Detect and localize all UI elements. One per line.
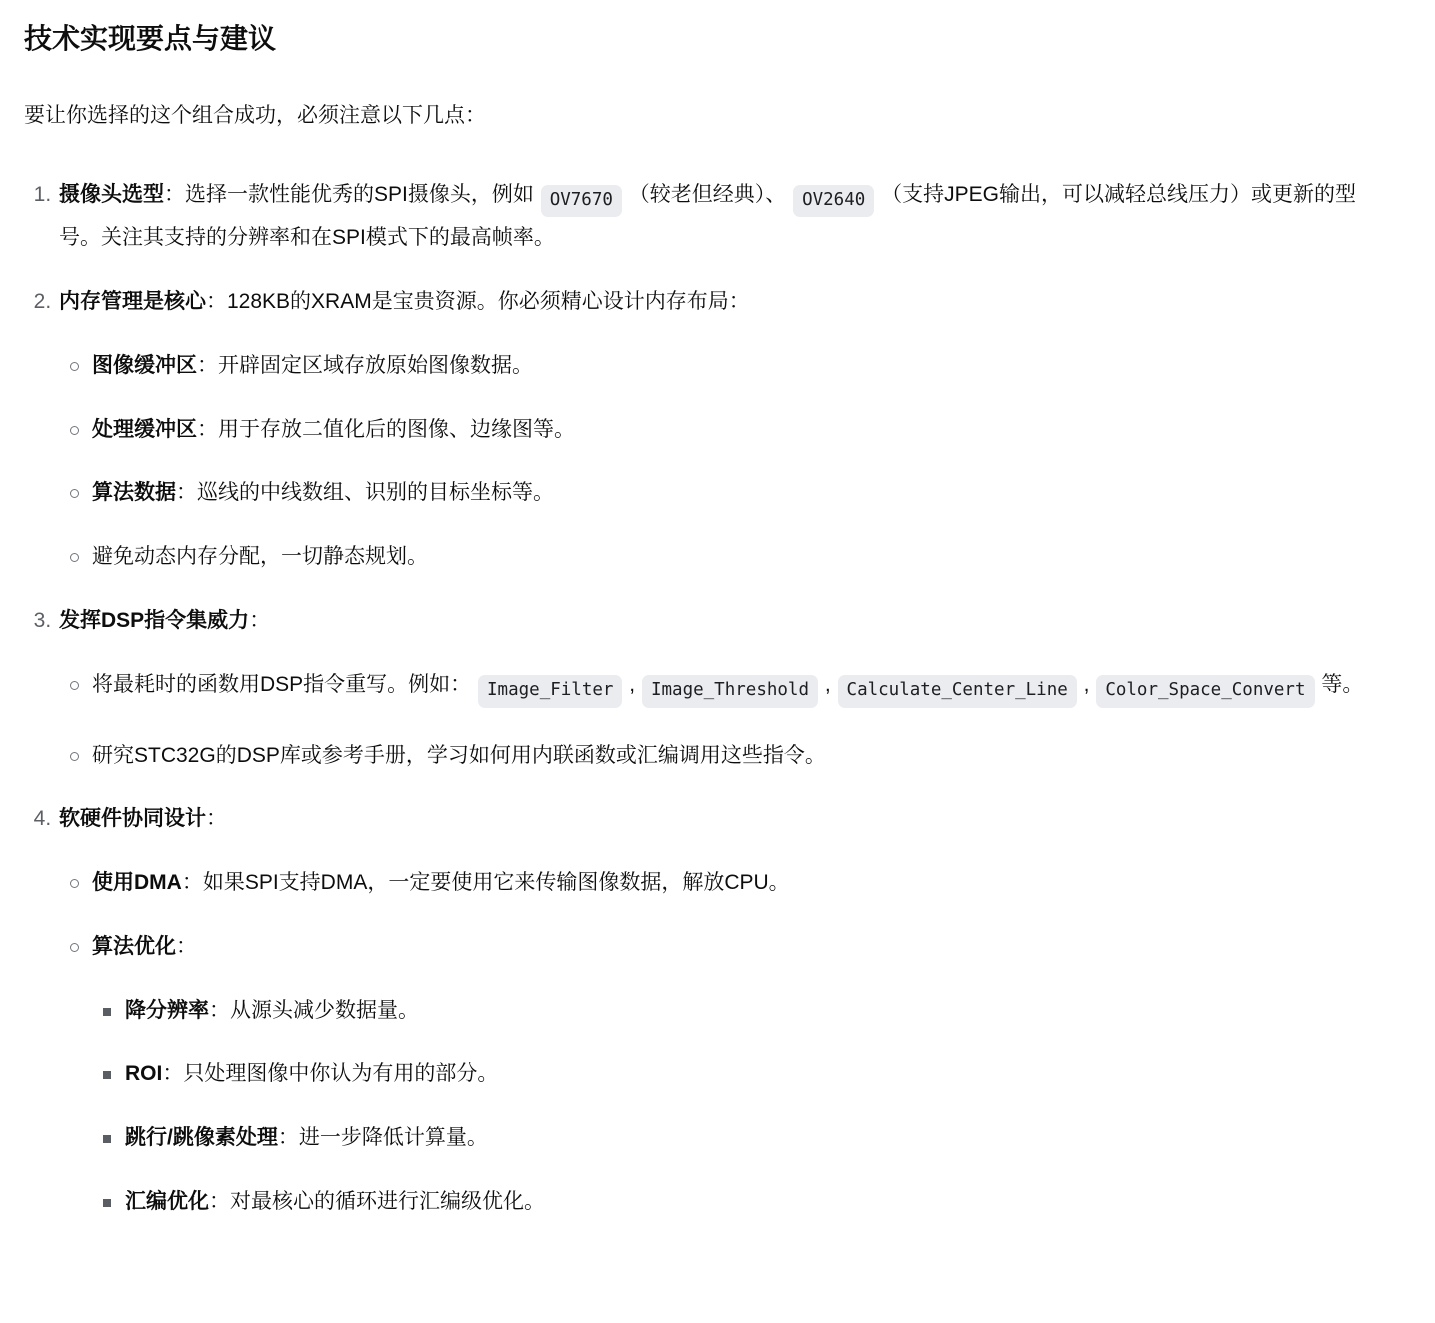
nested-list: 降分辨率：从源头减少数据量。ROI：只处理图像中你认为有用的部分。跳行/跳像素处…	[92, 993, 1397, 1221]
inline-code: Image_Filter	[478, 675, 622, 708]
nested-list: 使用DMA：如果SPI支持DMA，一定要使用它来传输图像数据，解放CPU。算法优…	[59, 865, 1397, 1221]
ordered-list: 摄像头选型：选择一款性能优秀的SPI摄像头，例如 OV7670 （较老但经典）、…	[24, 177, 1397, 1221]
bold-label: 摄像头选型	[59, 183, 164, 206]
text-run: ：开辟固定区域存放原始图像数据。	[197, 354, 533, 377]
inline-code: Calculate_Center_Line	[838, 675, 1077, 708]
text-run: ,	[623, 673, 641, 696]
inline-code: OV2640	[793, 185, 874, 218]
bold-label: 算法优化	[92, 935, 176, 958]
bold-label: 汇编优化	[125, 1190, 209, 1213]
text-run: ：只处理图像中你认为有用的部分。	[162, 1062, 498, 1085]
text-run: ：对最核心的循环进行汇编级优化。	[209, 1190, 545, 1213]
numbered-item: 发挥DSP指令集威力：将最耗时的函数用DSP指令重写。例如： Image_Fil…	[57, 603, 1397, 774]
sub-bullet-item: ROI：只处理图像中你认为有用的部分。	[125, 1056, 1397, 1093]
text-run: 将最耗时的函数用DSP指令重写。例如：	[92, 673, 477, 696]
inline-code: Color_Space_Convert	[1096, 675, 1314, 708]
bullet-item: 算法优化：降分辨率：从源头减少数据量。ROI：只处理图像中你认为有用的部分。跳行…	[92, 929, 1397, 1221]
numbered-item: 内存管理是核心：128KB的XRAM是宝贵资源。你必须精心设计内存布局：图像缓冲…	[57, 284, 1397, 576]
bold-label: 降分辨率	[125, 999, 209, 1022]
bold-label: 算法数据	[92, 481, 176, 504]
sub-bullet-item: 跳行/跳像素处理：进一步降低计算量。	[125, 1120, 1397, 1157]
text-run: ,	[819, 673, 837, 696]
bold-label: 处理缓冲区	[92, 418, 197, 441]
nested-list: 图像缓冲区：开辟固定区域存放原始图像数据。处理缓冲区：用于存放二值化后的图像、边…	[59, 348, 1397, 576]
text-run: ,	[1078, 673, 1096, 696]
bullet-item: 图像缓冲区：开辟固定区域存放原始图像数据。	[92, 348, 1397, 385]
inline-code: Image_Threshold	[642, 675, 818, 708]
bullet-item: 避免动态内存分配，一切静态规划。	[92, 539, 1397, 576]
bold-label: 使用DMA	[92, 871, 182, 894]
text-run: ：用于存放二值化后的图像、边缘图等。	[197, 418, 575, 441]
page-title: 技术实现要点与建议	[24, 20, 1397, 58]
bullet-item: 研究STC32G的DSP库或参考手册，学习如何用内联函数或汇编调用这些指令。	[92, 738, 1397, 775]
numbered-item: 软硬件协同设计：使用DMA：如果SPI支持DMA，一定要使用它来传输图像数据，解…	[57, 801, 1397, 1220]
bullet-item: 将最耗时的函数用DSP指令重写。例如： Image_Filter , Image…	[92, 667, 1397, 711]
text-run: ：	[206, 807, 227, 830]
bold-label: 图像缓冲区	[92, 354, 197, 377]
text-run: 等。	[1316, 673, 1364, 696]
numbered-item: 摄像头选型：选择一款性能优秀的SPI摄像头，例如 OV7670 （较老但经典）、…	[57, 177, 1397, 258]
text-run: ：巡线的中线数组、识别的目标坐标等。	[176, 481, 554, 504]
text-run: ：128KB的XRAM是宝贵资源。你必须精心设计内存布局：	[206, 290, 750, 313]
text-run: ：如果SPI支持DMA，一定要使用它来传输图像数据，解放CPU。	[182, 871, 790, 894]
text-run: 研究STC32G的DSP库或参考手册，学习如何用内联函数或汇编调用这些指令。	[92, 744, 826, 767]
text-run: ：从源头减少数据量。	[209, 999, 419, 1022]
text-run: 避免动态内存分配，一切静态规划。	[92, 545, 428, 568]
markdown-document: 技术实现要点与建议 要让你选择的这个组合成功，必须注意以下几点： 摄像头选型：选…	[0, 0, 1435, 1264]
sub-bullet-item: 汇编优化：对最核心的循环进行汇编级优化。	[125, 1184, 1397, 1221]
inline-code: OV7670	[541, 185, 622, 218]
bold-label: 跳行/跳像素处理	[125, 1126, 278, 1149]
nested-list: 将最耗时的函数用DSP指令重写。例如： Image_Filter , Image…	[59, 667, 1397, 775]
intro-paragraph: 要让你选择的这个组合成功，必须注意以下几点：	[24, 98, 1397, 135]
text-run: ：进一步降低计算量。	[278, 1126, 488, 1149]
text-run: ：	[176, 935, 197, 958]
bullet-item: 算法数据：巡线的中线数组、识别的目标坐标等。	[92, 475, 1397, 512]
bold-label: 内存管理是核心	[59, 290, 206, 313]
text-run: （较老但经典）、	[623, 183, 792, 206]
bullet-item: 处理缓冲区：用于存放二值化后的图像、边缘图等。	[92, 412, 1397, 449]
text-run: ：	[249, 609, 270, 632]
bold-label: 发挥DSP指令集威力	[59, 609, 249, 632]
text-run: ：选择一款性能优秀的SPI摄像头，例如	[164, 183, 540, 206]
sub-bullet-item: 降分辨率：从源头减少数据量。	[125, 993, 1397, 1030]
bold-label: ROI	[125, 1062, 162, 1085]
bullet-item: 使用DMA：如果SPI支持DMA，一定要使用它来传输图像数据，解放CPU。	[92, 865, 1397, 902]
bold-label: 软硬件协同设计	[59, 807, 206, 830]
